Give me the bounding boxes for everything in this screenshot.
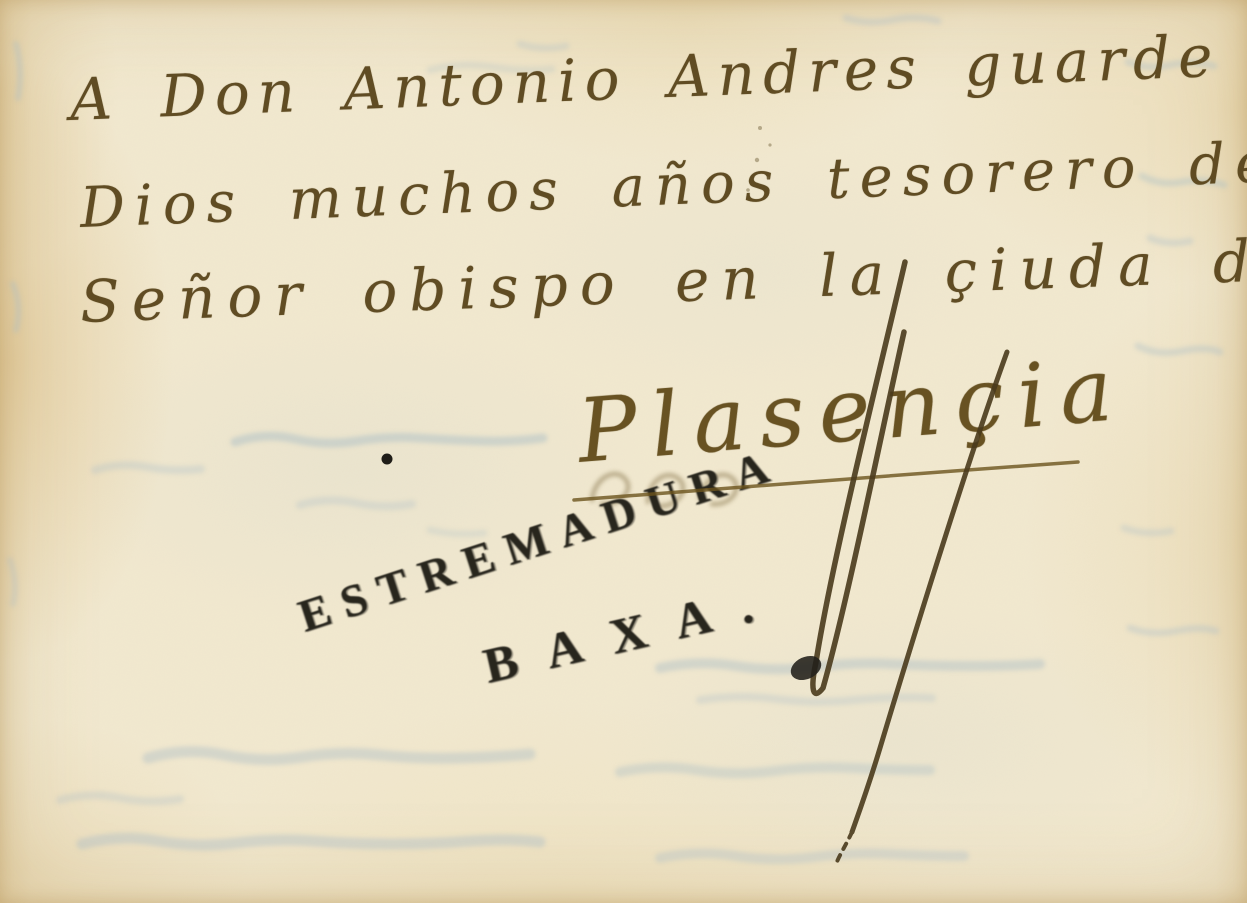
address-line-3: Señor obispo en la çiuda de [79,225,1247,336]
ink-dot [382,454,393,465]
ink-blob [787,651,825,684]
address-line-1: A Don Antonio Andres guarde [69,22,1222,134]
letter-cover-scan: A Don Antonio Andres guarde Dios muchos … [0,0,1247,903]
destination-name: Plasençia [574,337,1130,483]
postmark-sub-line: BAXA. [478,570,787,695]
address-line-2: Dios muchos años tesorero del [79,129,1247,241]
